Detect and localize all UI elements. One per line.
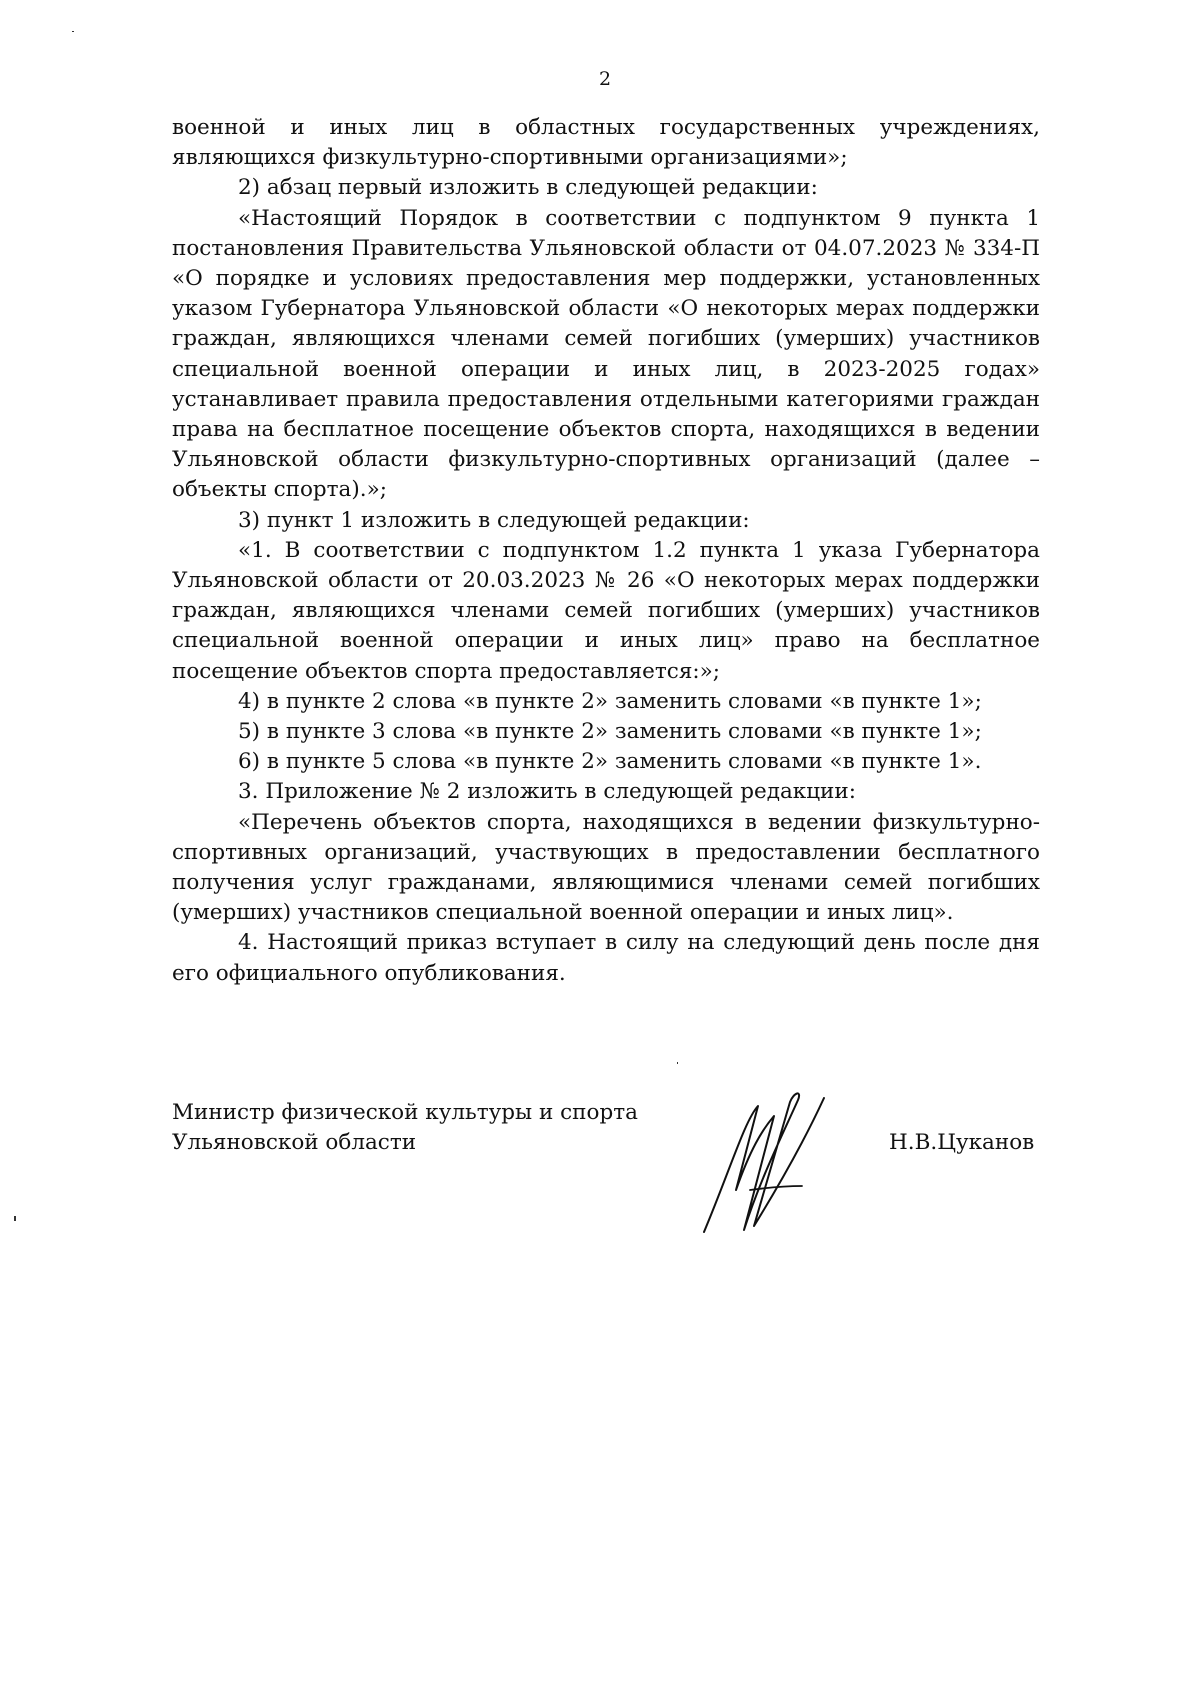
signatory-title-line2: Ульяновской области	[172, 1128, 638, 1158]
paragraph: «1. В соответствии с подпунктом 1.2 пунк…	[172, 536, 1040, 687]
signatory-name: Н.В.Цуканов	[889, 1128, 1034, 1158]
paragraph: 6) в пункте 5 слова «в пункте 2» заменит…	[172, 747, 1040, 777]
paragraph: 3. Приложение № 2 изложить в следующей р…	[172, 777, 1040, 807]
paragraph: 5) в пункте 3 слова «в пункте 2» заменит…	[172, 717, 1040, 747]
signatory-title: Министр физической культуры и спорта Уль…	[172, 1098, 638, 1158]
paragraph: 4) в пункте 2 слова «в пункте 2» заменит…	[172, 687, 1040, 717]
scan-artifact	[72, 31, 74, 32]
handwritten-signature-icon	[690, 1060, 830, 1240]
signatory-title-line1: Министр физической культуры и спорта	[172, 1098, 638, 1128]
paragraph: 3) пункт 1 изложить в следующей редакции…	[172, 506, 1040, 536]
scan-artifact	[14, 1216, 16, 1221]
paragraph: 2) абзац первый изложить в следующей ред…	[172, 173, 1040, 203]
paragraph: 4. Настоящий приказ вступает в силу на с…	[172, 928, 1040, 988]
scan-artifact	[677, 1062, 678, 1064]
paragraph: «Настоящий Порядок в соответствии с подп…	[172, 204, 1040, 506]
page-number: 2	[0, 68, 1200, 90]
paragraph: «Перечень объектов спорта, находящихся в…	[172, 808, 1040, 929]
paragraph: военной и иных лиц в областных государст…	[172, 113, 1040, 173]
document-body: военной и иных лиц в областных государст…	[172, 113, 1040, 989]
